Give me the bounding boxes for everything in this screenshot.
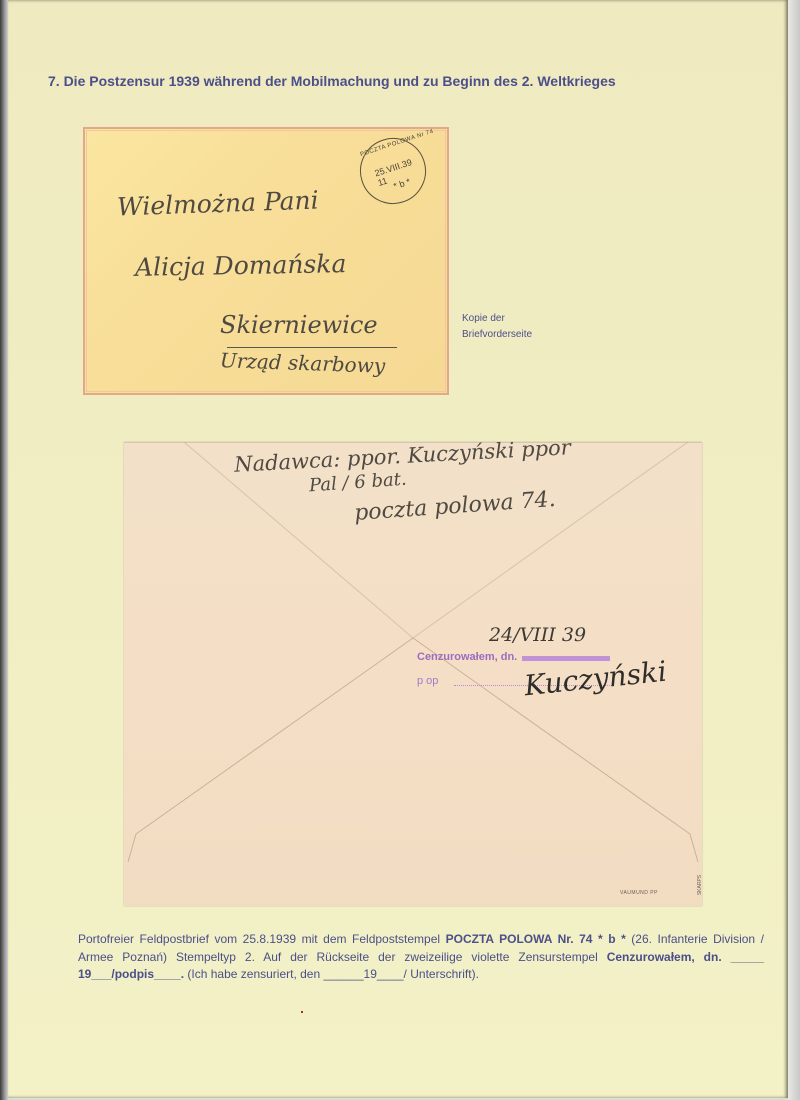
censor-stamp-line2: p op [417, 675, 438, 687]
speck [301, 1011, 303, 1013]
caption-line: Briefvorderseite [462, 327, 532, 343]
description-paragraph: Portofreier Feldpostbrief vom 25.8.1939 … [78, 931, 764, 984]
censor-stamp-strike [522, 656, 610, 661]
address-line: Alicja Domańska [135, 249, 347, 282]
caption-line: Kopie der [462, 311, 532, 327]
scan-edge-right [788, 0, 800, 1100]
description-text: (Ich habe zensuriert, den ______19____/ … [184, 967, 479, 981]
page-title: 7. Die Postzensur 1939 während der Mobil… [48, 73, 616, 89]
back-envelope: Nadawca: ppor. Kuczyński ppor Pal / 6 ba… [124, 442, 702, 906]
scan-edge-left [0, 0, 8, 1100]
address-underline [227, 344, 397, 348]
maker-imprint: VAUMUND PP [620, 890, 658, 896]
censor-date: 24/VIII 39 [489, 624, 586, 646]
address-line: Skierniewice [220, 311, 378, 339]
censor-stamp-line1: Cenzurowałem, dn. [417, 651, 517, 663]
front-caption: Kopie der Briefvorderseite [462, 311, 532, 343]
description-bold-postmark: POCZTA POLOWA Nr. 74 * b * [446, 932, 626, 946]
front-envelope-copy: POCZTA POLOWA Nr 74 25.VIII.39 11 * b * … [83, 127, 449, 395]
album-page: 7. Die Postzensur 1939 während der Mobil… [8, 0, 788, 1098]
description-text: Portofreier Feldpostbrief vom 25.8.1939 … [78, 932, 446, 946]
side-imprint: SKARPS [697, 875, 703, 895]
